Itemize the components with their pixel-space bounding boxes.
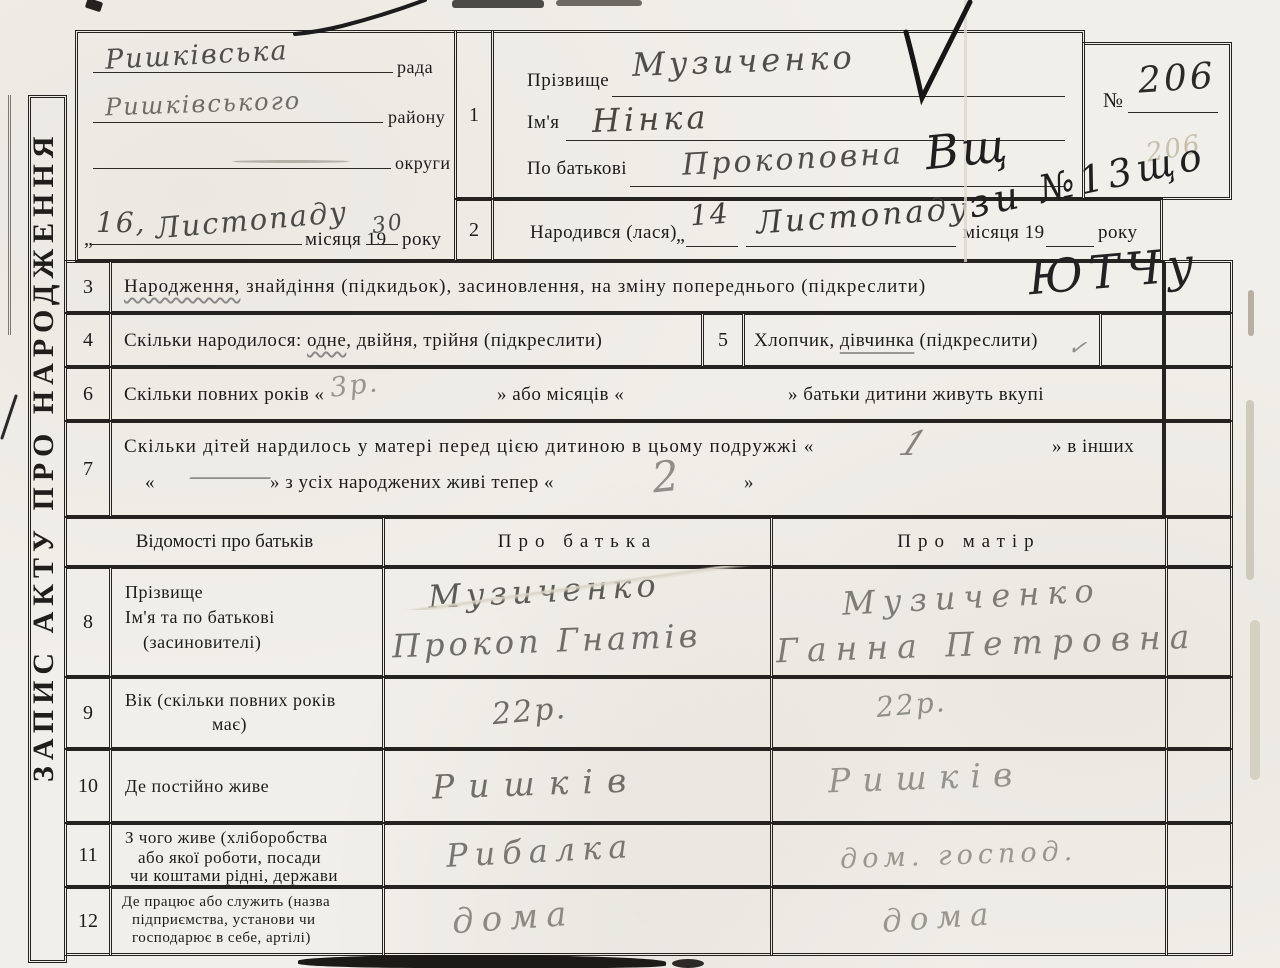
council-label: рада xyxy=(397,57,433,78)
date-day-handwriting: 16, xyxy=(96,206,147,239)
scan-mark-topleft xyxy=(85,0,103,12)
parents-header-father: Про батька xyxy=(382,516,773,568)
date-day-rule xyxy=(92,244,150,245)
parents-header-info-label: Відомості про батьків xyxy=(136,531,314,553)
row11-label3: чи коштами рідні, держави xyxy=(130,866,338,886)
ink-note-handwriting: Вщ xyxy=(922,118,1011,180)
scan-smudge-bottom xyxy=(298,955,666,968)
parents-header-mother-label: Про матір xyxy=(897,531,1040,553)
row9-label-cell xyxy=(109,676,385,750)
row7-other-dash: — xyxy=(186,462,281,492)
row7-line2-close: » xyxy=(744,472,754,494)
row6-part1: Скільки повних років « xyxy=(124,384,324,406)
row5-number-cell: 5 xyxy=(701,312,745,368)
row4-text: Скільки народилося: одне, двійня, трійня… xyxy=(124,330,602,352)
scan-smudge-top-1 xyxy=(452,0,544,8)
row4-underlined: одне xyxy=(307,330,346,351)
scan-smudge-bottom-2 xyxy=(672,959,704,968)
row10-number-cell: 10 xyxy=(64,748,112,824)
row9-number-cell: 9 xyxy=(64,676,112,750)
row8-number: 8 xyxy=(83,611,93,634)
date-year-handwriting: 30 xyxy=(370,210,405,239)
row12-label3: господарює в себе, артілі) xyxy=(132,930,311,947)
parents-header-mother: Про матір xyxy=(770,516,1168,568)
okrug-pencil-squiggle xyxy=(232,160,350,163)
row6-margin-cell xyxy=(1163,366,1233,422)
header-margin-cell xyxy=(1165,516,1233,568)
row7-line1: Скільки дітей нардилось у матері перед ц… xyxy=(124,436,815,458)
patronymic-label: По батькові xyxy=(527,158,627,180)
row5-pre: Хлопчик, xyxy=(754,330,840,351)
row7-alive-handwriting: 2 xyxy=(650,451,684,503)
row2-month-rule xyxy=(746,246,956,247)
row3-text: Народження, знайдіння (підкидьок), засин… xyxy=(124,276,926,298)
row4-post: , двійня, трійня (підкреслити) xyxy=(346,330,602,351)
row9-label2: має) xyxy=(212,714,247,735)
scan-streak-right-1 xyxy=(1246,400,1254,580)
row12-label2: підприємства, установи чи xyxy=(132,912,316,929)
row7-margin-cell xyxy=(1163,420,1233,518)
row9-margin-cell xyxy=(1165,676,1233,750)
row5-text: Хлопчик, дівчинка (підкреслити) xyxy=(754,330,1038,352)
scanned-birth-record: ЗАПИС АКТУ ПРО НАРОДЖЕННЯ 1 2 Ришківська… xyxy=(0,0,1280,968)
row7-number: 7 xyxy=(83,458,93,481)
district-rule xyxy=(93,122,383,123)
row11-label1: З чого живе (хліборобства xyxy=(125,828,328,848)
okrug-rule xyxy=(93,168,391,169)
row8-label2: Ім'я та по батькові xyxy=(125,607,275,628)
row2-number-cell: 2 xyxy=(454,198,494,262)
row2-quote: „ xyxy=(676,224,685,247)
council-rule xyxy=(93,72,393,73)
row9-father-value: 22р. xyxy=(491,691,569,732)
row7-number-cell: 7 xyxy=(64,420,112,518)
number-box-label: № xyxy=(1103,88,1124,113)
row9-label1: Вік (скільки повних років xyxy=(125,690,336,711)
row11-number: 11 xyxy=(78,844,97,867)
row10-margin-cell xyxy=(1165,748,1233,824)
row1-number-cell: 1 xyxy=(454,30,494,200)
vertical-title: ЗАПИС АКТУ ПРО НАРОДЖЕННЯ xyxy=(27,198,65,782)
parents-header-info: Відомості про батьків xyxy=(64,516,385,568)
name-label: Ім'я xyxy=(527,112,560,134)
row8-label3: (засиновителі) xyxy=(143,632,261,653)
scan-streak-right-3 xyxy=(1248,290,1254,336)
date-open-quote: „ xyxy=(84,228,93,251)
row6-years-handwriting: 3р. xyxy=(328,367,380,404)
row3-underlined: Народження, xyxy=(124,276,240,297)
row2-day-rule xyxy=(686,246,738,247)
row12-margin-cell xyxy=(1165,886,1233,956)
row1-number: 1 xyxy=(469,104,479,127)
date-month-rule xyxy=(150,244,302,245)
surname-label: Прізвище xyxy=(527,70,609,92)
scan-edge-line-left xyxy=(8,95,11,335)
row10-number: 10 xyxy=(78,775,98,798)
number-box-value: 206 xyxy=(1137,55,1217,101)
scan-smudge-top-2 xyxy=(556,0,642,6)
scan-streak-right-2 xyxy=(1250,620,1260,780)
row5-post: (підкреслити) xyxy=(914,330,1038,351)
surname-handwriting: Музиченко xyxy=(631,38,856,84)
name-handwriting: Нінка xyxy=(591,98,710,140)
row5-number: 5 xyxy=(718,329,728,352)
row6-number-cell: 6 xyxy=(64,366,112,422)
row3-number-cell: 3 xyxy=(64,260,112,314)
parents-header-father-label: Про батька xyxy=(498,531,657,553)
okrug-label: округи xyxy=(395,153,451,174)
row8-label1: Прізвище xyxy=(125,582,203,603)
row9-mother-value: 22р. xyxy=(875,685,948,724)
scan-crease-diagonal xyxy=(388,566,768,610)
row7-line2-open: « xyxy=(145,472,155,494)
row3-rest: знайдіння (підкидьок), засиновлення, на … xyxy=(240,276,926,297)
row5-underlined: дівчинка xyxy=(840,330,914,351)
row5-gap-cell xyxy=(1099,312,1165,368)
surname-rule xyxy=(612,96,1065,97)
row4-pre: Скільки народилося: xyxy=(124,330,307,351)
row7-line2-mid: » з усіх народжених живі тепер « xyxy=(270,472,554,494)
row6-part3: » батьки дитини живуть вкупі xyxy=(788,384,1044,406)
row11-label2: або якої роботи, посади xyxy=(138,848,321,868)
row12-label1: Де працює або служить (назва xyxy=(122,894,330,911)
row8-number-cell: 8 xyxy=(64,566,112,678)
row12-father-cell xyxy=(382,886,773,956)
row10-label1: Де постійно живе xyxy=(125,776,269,797)
row9-number: 9 xyxy=(83,702,93,725)
row2-year-label: року xyxy=(1098,222,1137,244)
row5-pencil-check: ✓ xyxy=(1066,335,1090,363)
pen-tick xyxy=(2,396,16,438)
row6-part2: » або місяців « xyxy=(497,384,624,406)
row12-number: 12 xyxy=(78,910,98,933)
row10-father-value: Ришків xyxy=(431,760,640,806)
row45-margin-cell xyxy=(1163,312,1233,368)
number-box-rule xyxy=(1128,112,1218,113)
row6-number: 6 xyxy=(83,383,93,406)
row4-number-cell: 4 xyxy=(64,312,112,368)
row3-number: 3 xyxy=(83,276,93,299)
row7-line1-end: » в інших xyxy=(1052,436,1134,458)
row4-number: 4 xyxy=(83,329,93,352)
date-year-label: року xyxy=(402,229,441,251)
date-year-rule xyxy=(366,244,398,245)
row2-label: Народився (лася) xyxy=(530,222,677,244)
row9-mother-cell xyxy=(770,676,1168,750)
row12-father-value: дома xyxy=(451,894,576,942)
row11-number-cell: 11 xyxy=(64,822,112,888)
row12-number-cell: 12 xyxy=(64,886,112,956)
district-label: району xyxy=(388,107,445,128)
row2-day-handwriting: 14 xyxy=(689,197,731,233)
row2-number: 2 xyxy=(469,219,479,242)
row9-father-cell xyxy=(382,676,773,750)
row10-mother-value: Ришків xyxy=(827,755,1024,801)
row11-margin-cell xyxy=(1165,822,1233,888)
pen-flourish xyxy=(295,0,425,34)
